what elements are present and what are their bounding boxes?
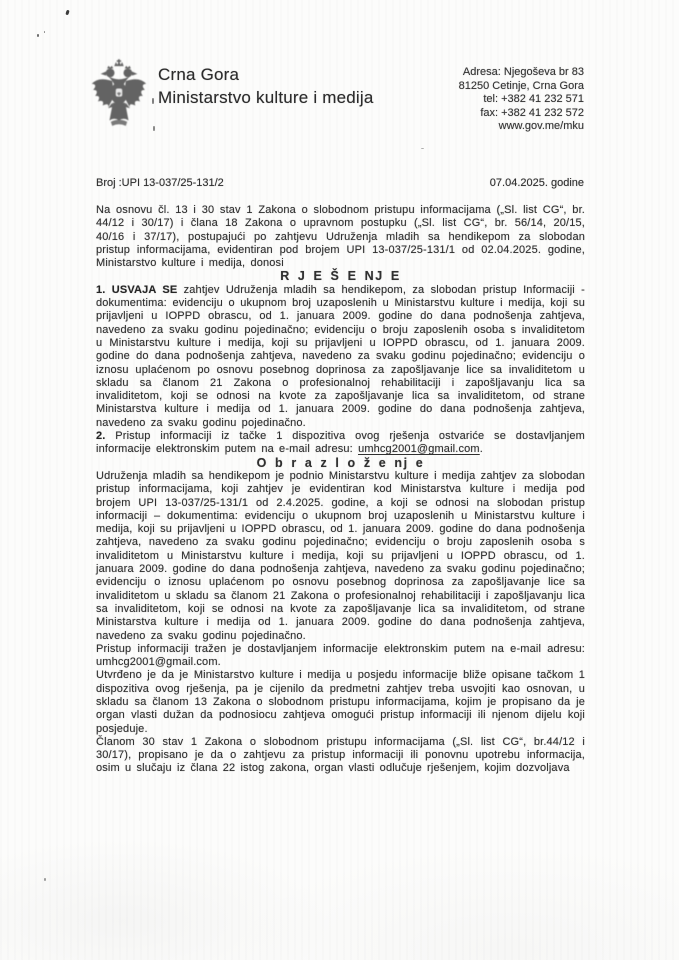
decision-item-2-suffix: . [480, 443, 483, 455]
scan-speck [44, 31, 45, 33]
scan-speck [65, 10, 69, 16]
reference-number: Broj :UPI 13-037/25-131/2 [96, 177, 224, 189]
decision-item-1-lead: 1. USVAJA SE [96, 284, 177, 296]
address-line: Adresa: Njegoševa br 83 [459, 66, 584, 80]
scan-speck [153, 126, 155, 131]
document-body: Na osnovu čl. 13 i 30 stav 1 Zakona o sl… [96, 204, 585, 776]
decision-item-1: 1. USVAJA SE zahtjev Udruženja mladih sa… [96, 284, 585, 430]
address-line: 81250 Cetinje, Crna Gora [459, 80, 584, 94]
decision-item-2: 2. Pristup informaciji iz tačke 1 dispoz… [96, 430, 585, 457]
scanned-document-page: Crna Gora Ministarstvo kulture i medija … [0, 0, 679, 960]
ministry-name: Ministarstvo kulture i medija [158, 86, 374, 109]
email-address: umhcg2001@gmail.com [358, 443, 480, 455]
montenegro-coat-of-arms-icon [85, 57, 153, 135]
scan-speck [421, 148, 424, 149]
decision-item-1-text: zahtjev Udruženja mladih sa hendikepom, … [96, 284, 585, 429]
explanation-paragraph-2: Pristup informaciji tražen je dostavljan… [96, 643, 585, 670]
phone-line: tel: +382 41 232 571 [459, 93, 584, 107]
letterhead-org-block: Crna Gora Ministarstvo kulture i medija [158, 63, 374, 109]
scan-speck [37, 34, 39, 37]
fax-line: fax: +382 41 232 572 [459, 107, 584, 121]
explanation-heading: O b r a z l o ž e nj e [96, 457, 585, 470]
decision-item-2-text: Pristup informaciji iz tačke 1 dispoziti… [96, 430, 585, 455]
country-name: Crna Gora [158, 63, 374, 86]
explanation-paragraph-1: Udruženja mladih sa hendikepom je podnio… [96, 470, 585, 643]
scan-speck [44, 878, 46, 881]
reference-line: Broj :UPI 13-037/25-131/2 07.04.2025. go… [96, 177, 584, 189]
decision-heading: R J E Š E NJ E [96, 270, 585, 283]
letterhead-address-block: Adresa: Njegoševa br 83 81250 Cetinje, C… [459, 66, 584, 134]
reference-date: 07.04.2025. godine [490, 177, 584, 189]
intro-paragraph: Na osnovu čl. 13 i 30 stav 1 Zakona o sl… [96, 204, 585, 270]
explanation-paragraph-4: Članom 30 stav 1 Zakona o slobodnom pris… [96, 736, 585, 776]
website-line: www.gov.me/mku [459, 120, 584, 134]
explanation-paragraph-3: Utvrđeno je da je Ministarstvo kulture i… [96, 669, 585, 735]
